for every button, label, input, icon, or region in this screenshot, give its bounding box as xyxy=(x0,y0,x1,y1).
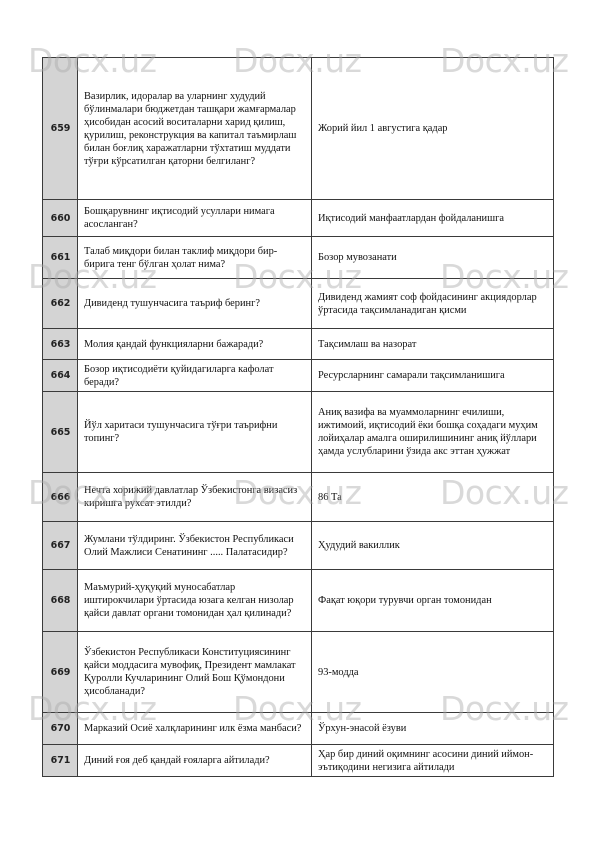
row-number: 669 xyxy=(43,632,78,713)
question-cell: Молия қандай функцияларни бажаради? xyxy=(78,329,312,360)
row-number: 668 xyxy=(43,570,78,632)
table-row: 666 Нечта хорижий давлатлар Ўзбекистонга… xyxy=(43,473,554,522)
row-number: 661 xyxy=(43,237,78,279)
row-number: 663 xyxy=(43,329,78,360)
document-page: 659 Вазирлик, идоралар ва уларнинг худуд… xyxy=(0,0,595,842)
answer-cell: Ҳар бир диний оқимнинг асосини диний ийм… xyxy=(312,745,554,777)
table-row: 659 Вазирлик, идоралар ва уларнинг худуд… xyxy=(43,58,554,200)
question-cell: Диний ғоя деб қандай ғояларга айтилади? xyxy=(78,745,312,777)
table-row: 660 Бошқарувнинг иқтисодий усуллари нима… xyxy=(43,200,554,237)
row-number: 665 xyxy=(43,392,78,473)
answer-cell: Иқтисодий манфаатлардан фойдаланишга xyxy=(312,200,554,237)
answer-cell: 93-модда xyxy=(312,632,554,713)
question-cell: Ўзбекистон Республикаси Конституциясинин… xyxy=(78,632,312,713)
answer-cell: Бозор мувозанати xyxy=(312,237,554,279)
question-cell: Бошқарувнинг иқтисодий усуллари нимага а… xyxy=(78,200,312,237)
table-row: 669 Ўзбекистон Республикаси Конституцияс… xyxy=(43,632,554,713)
row-number: 671 xyxy=(43,745,78,777)
table-row: 667 Жумлани тўлдиринг. Ўзбекистон Респуб… xyxy=(43,522,554,570)
row-number: 664 xyxy=(43,360,78,392)
row-number: 670 xyxy=(43,713,78,745)
row-number: 662 xyxy=(43,279,78,329)
question-cell: Марказий Осиё халқларининг илк ёзма манб… xyxy=(78,713,312,745)
question-cell: Нечта хорижий давлатлар Ўзбекистонга виз… xyxy=(78,473,312,522)
answer-cell: Дивиденд жамият соф фойдасининг акциядор… xyxy=(312,279,554,329)
table-row: 663 Молия қандай функцияларни бажаради? … xyxy=(43,329,554,360)
answer-cell: Ҳудудий вакиллик xyxy=(312,522,554,570)
question-cell: Талаб миқдори билан таклиф миқдори бир-б… xyxy=(78,237,312,279)
question-cell: Маъмурий-ҳуқуқий муносабатлар иштирокчил… xyxy=(78,570,312,632)
row-number: 660 xyxy=(43,200,78,237)
table-row: 670 Марказий Осиё халқларининг илк ёзма … xyxy=(43,713,554,745)
table-row: 668 Маъмурий-ҳуқуқий муносабатлар иштиро… xyxy=(43,570,554,632)
question-cell: Бозор иқтисодиёти қуйидагиларга кафолат … xyxy=(78,360,312,392)
table-row: 662 Дивиденд тушунчасига таъриф беринг? … xyxy=(43,279,554,329)
answer-cell: Тақсимлаш ва назорат xyxy=(312,329,554,360)
row-number: 667 xyxy=(43,522,78,570)
question-cell: Вазирлик, идоралар ва уларнинг худудий б… xyxy=(78,58,312,200)
answer-cell: Ресурсларнинг самарали тақсимланишига xyxy=(312,360,554,392)
table-row: 671 Диний ғоя деб қандай ғояларга айтила… xyxy=(43,745,554,777)
row-number: 666 xyxy=(43,473,78,522)
table-row: 664 Бозор иқтисодиёти қуйидагиларга кафо… xyxy=(43,360,554,392)
answer-cell: Ўрхун-энасой ёзуви xyxy=(312,713,554,745)
row-number: 659 xyxy=(43,58,78,200)
table-row: 661 Талаб миқдори билан таклиф миқдори б… xyxy=(43,237,554,279)
question-cell: Йўл харитаси тушунчасига тўғри таърифни … xyxy=(78,392,312,473)
question-cell: Дивиденд тушунчасига таъриф беринг? xyxy=(78,279,312,329)
answer-cell: Фақат юқори турувчи орган томонидан xyxy=(312,570,554,632)
table-row: 665 Йўл харитаси тушунчасига тўғри таъри… xyxy=(43,392,554,473)
answer-cell: 86 Та xyxy=(312,473,554,522)
answer-cell: Аниқ вазифа ва муаммоларнинг ечилиши, иж… xyxy=(312,392,554,473)
answer-cell: Жорий йил 1 августига қадар xyxy=(312,58,554,200)
question-cell: Жумлани тўлдиринг. Ўзбекистон Республика… xyxy=(78,522,312,570)
questions-table: 659 Вазирлик, идоралар ва уларнинг худуд… xyxy=(42,57,554,777)
